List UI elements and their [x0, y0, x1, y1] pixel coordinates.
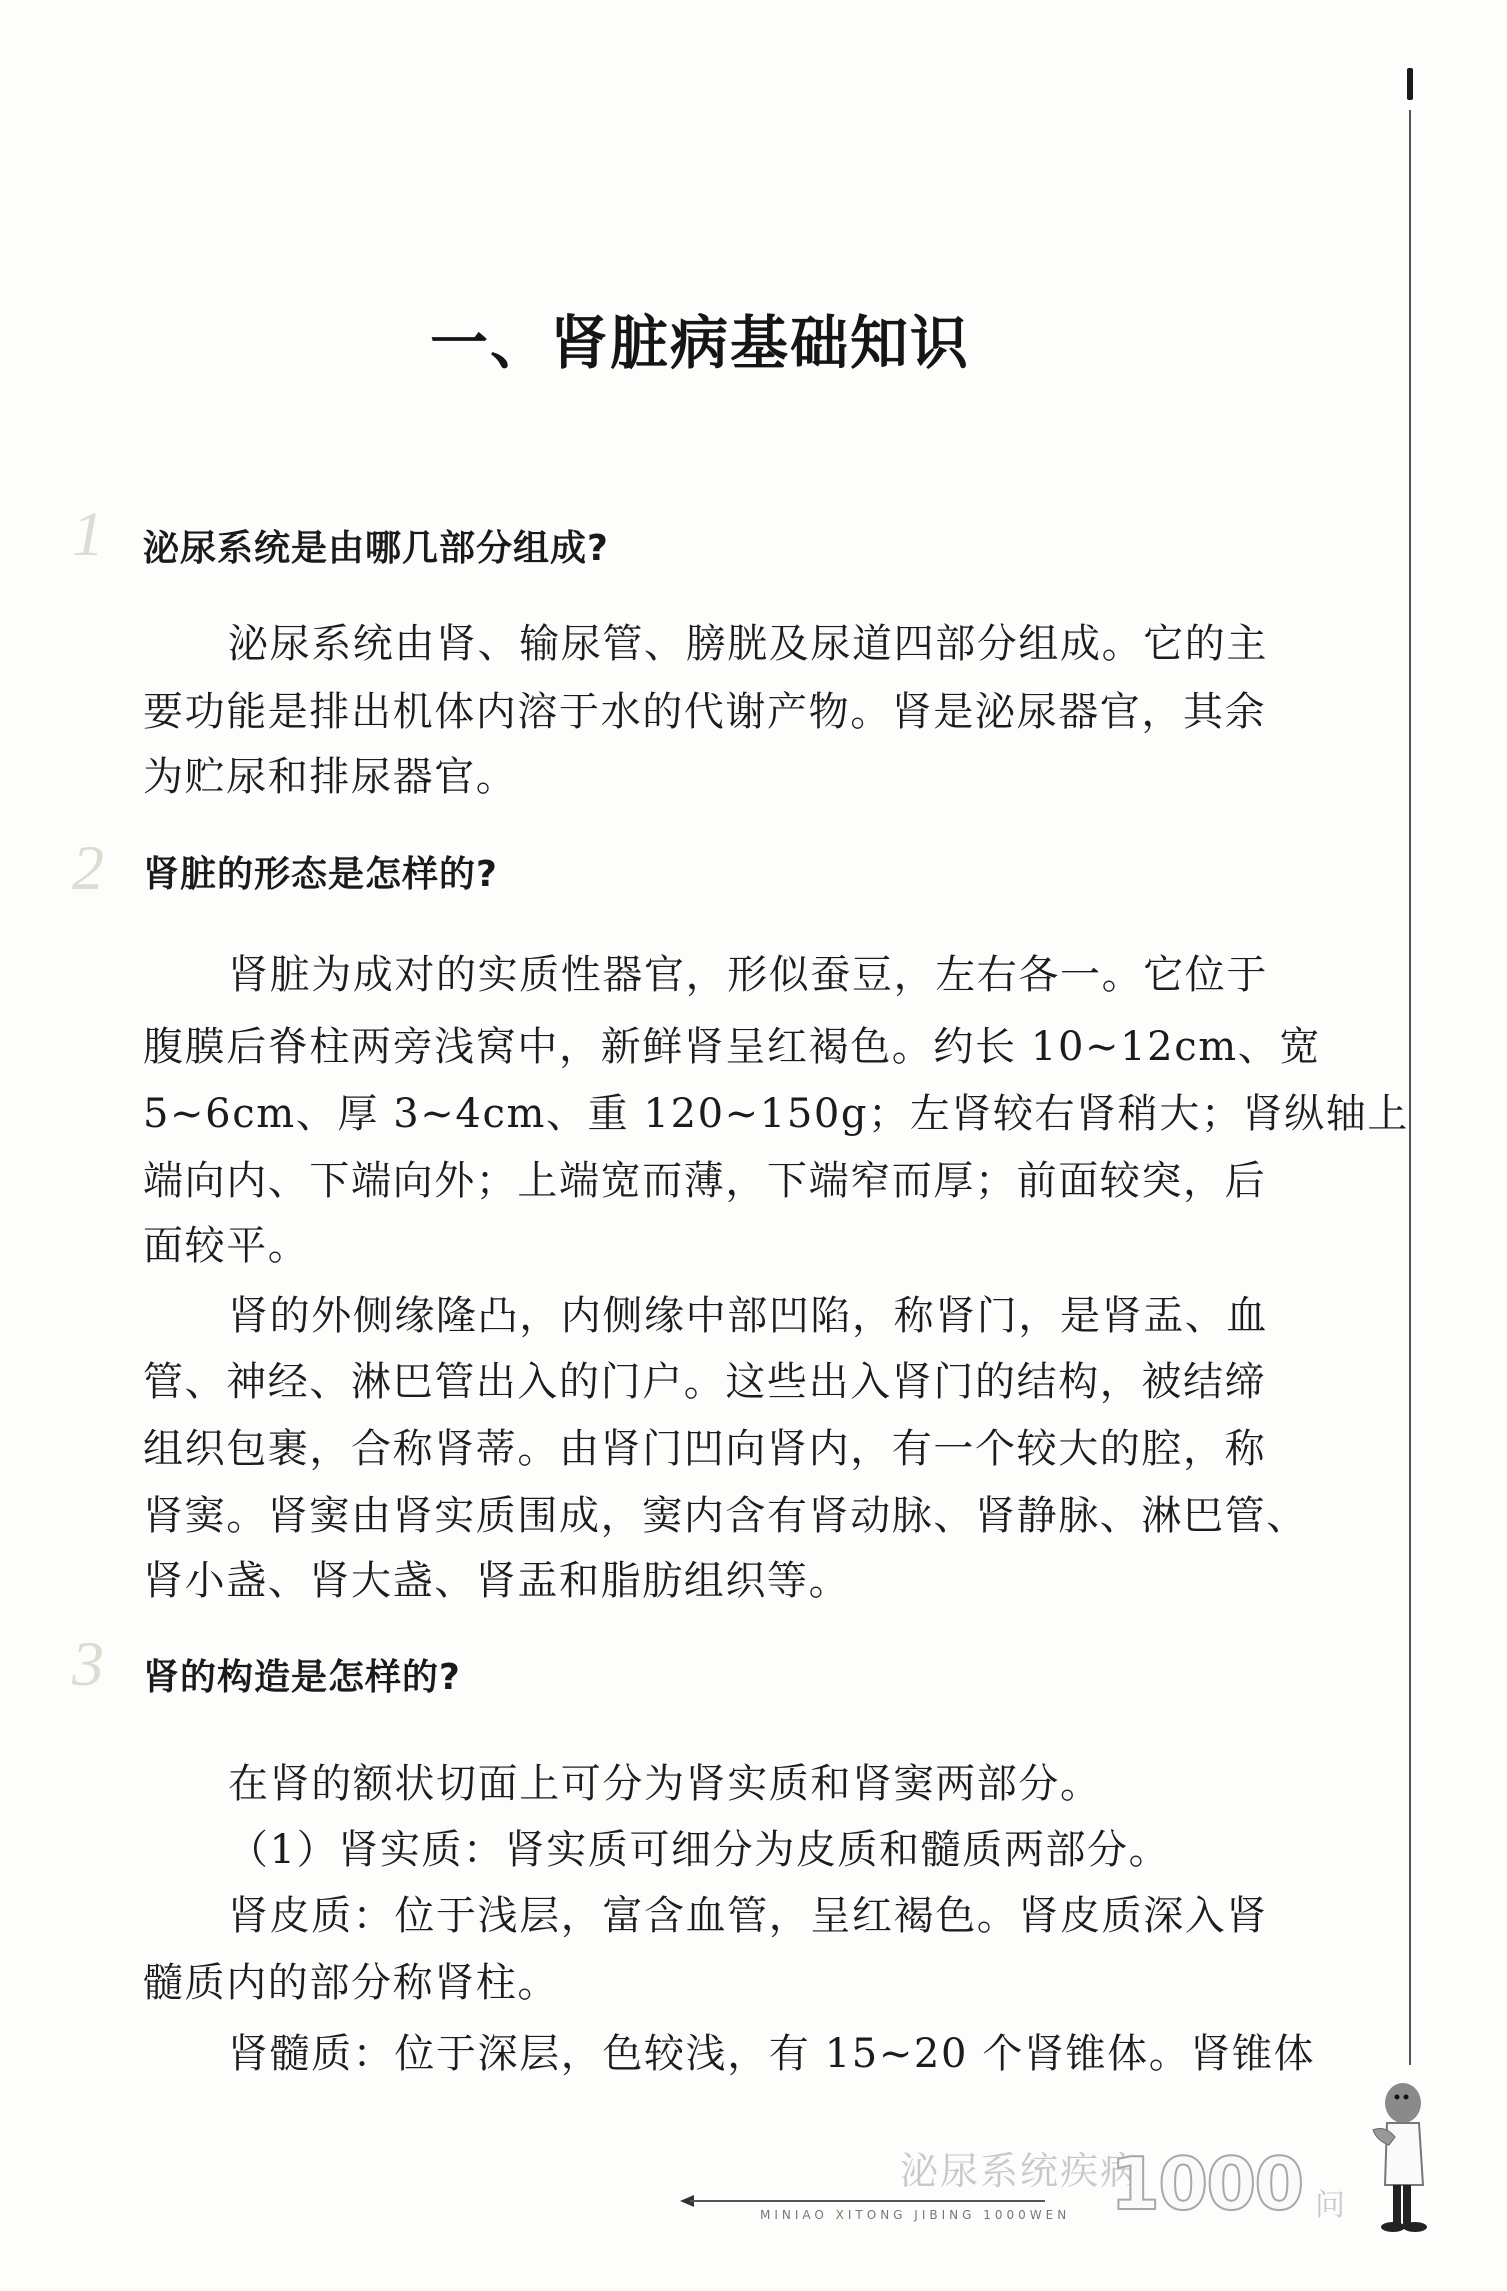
footer-suffix: 问: [1315, 2180, 1345, 2224]
paragraph-line: 要功能是排出机体内溶于水的代谢产物。肾是泌尿器官，其余: [143, 692, 1313, 732]
paragraph-line: 肾窦。肾窦由肾实质围成，窦内含有肾动脉、肾静脉、淋巴管、: [143, 1496, 1313, 1536]
paragraph-line: 腹膜后脊柱两旁浅窝中，新鲜肾呈红褐色。约长 10~12cm、宽: [143, 1027, 1313, 1067]
paragraph-line: 肾脏为成对的实质性器官，形似蚕豆，左右各一。它位于: [228, 955, 1313, 995]
question-heading-2: 肾脏的形态是怎样的?: [143, 857, 498, 893]
paragraph-line: 端向内、下端向外；上端宽而薄，下端窄而厚；前面较突，后: [143, 1161, 1313, 1201]
doctor-mascot-icon: [1365, 2075, 1435, 2240]
paragraph-line: 肾小盏、肾大盏、肾盂和脂肪组织等。: [143, 1561, 1313, 1601]
paragraph-line: （1）肾实质：肾实质可细分为皮质和髓质两部分。: [228, 1830, 1313, 1870]
paragraph-line: 面较平。: [143, 1226, 1313, 1266]
footer-book-title: 泌尿系统疾病: [900, 2140, 1140, 2195]
paragraph-line: 肾的外侧缘隆凸，内侧缘中部凹陷，称肾门，是肾盂、血: [228, 1296, 1313, 1336]
footer-pinyin: MINIAO XITONG JIBING 1000WEN: [760, 2208, 1070, 2222]
chapter-title: 一、肾脏病基础知识: [0, 296, 1400, 380]
paragraph-line: 肾皮质：位于浅层，富含血管，呈红褐色。肾皮质深入肾: [228, 1896, 1313, 1936]
paragraph-line: 5~6cm、厚 3~4cm、重 120~150g；左肾较右肾稍大；肾纵轴上: [143, 1094, 1313, 1134]
question-heading-1: 泌尿系统是由哪几部分组成?: [143, 531, 609, 567]
question-heading-3: 肾的构造是怎样的?: [143, 1660, 461, 1696]
paragraph-line: 组织包裹，合称肾蒂。由肾门凹向肾内，有一个较大的腔，称: [143, 1429, 1313, 1469]
paragraph-line: 为贮尿和排尿器官。: [143, 757, 1313, 797]
question-number-3: 3: [72, 1632, 104, 1696]
footer-number: 1000: [1110, 2148, 1302, 2220]
paragraph-line: 管、神经、淋巴管出入的门户。这些出入肾门的结构，被结缔: [143, 1362, 1313, 1402]
margin-rule-line: [1409, 110, 1411, 2065]
margin-rule-mark: [1407, 68, 1413, 100]
paragraph-line: 髓质内的部分称肾柱。: [143, 1963, 1313, 2003]
paragraph-line: 泌尿系统由肾、输尿管、膀胱及尿道四部分组成。它的主: [228, 624, 1313, 664]
footer-arrow-line: [690, 2200, 1045, 2202]
question-number-2: 2: [72, 836, 104, 900]
question-number-1: 1: [72, 502, 104, 566]
paragraph-line: 肾髓质：位于深层，色较浅，有 15~20 个肾锥体。肾锥体: [228, 2034, 1313, 2074]
paragraph-line: 在肾的额状切面上可分为肾实质和肾窦两部分。: [228, 1764, 1313, 1804]
